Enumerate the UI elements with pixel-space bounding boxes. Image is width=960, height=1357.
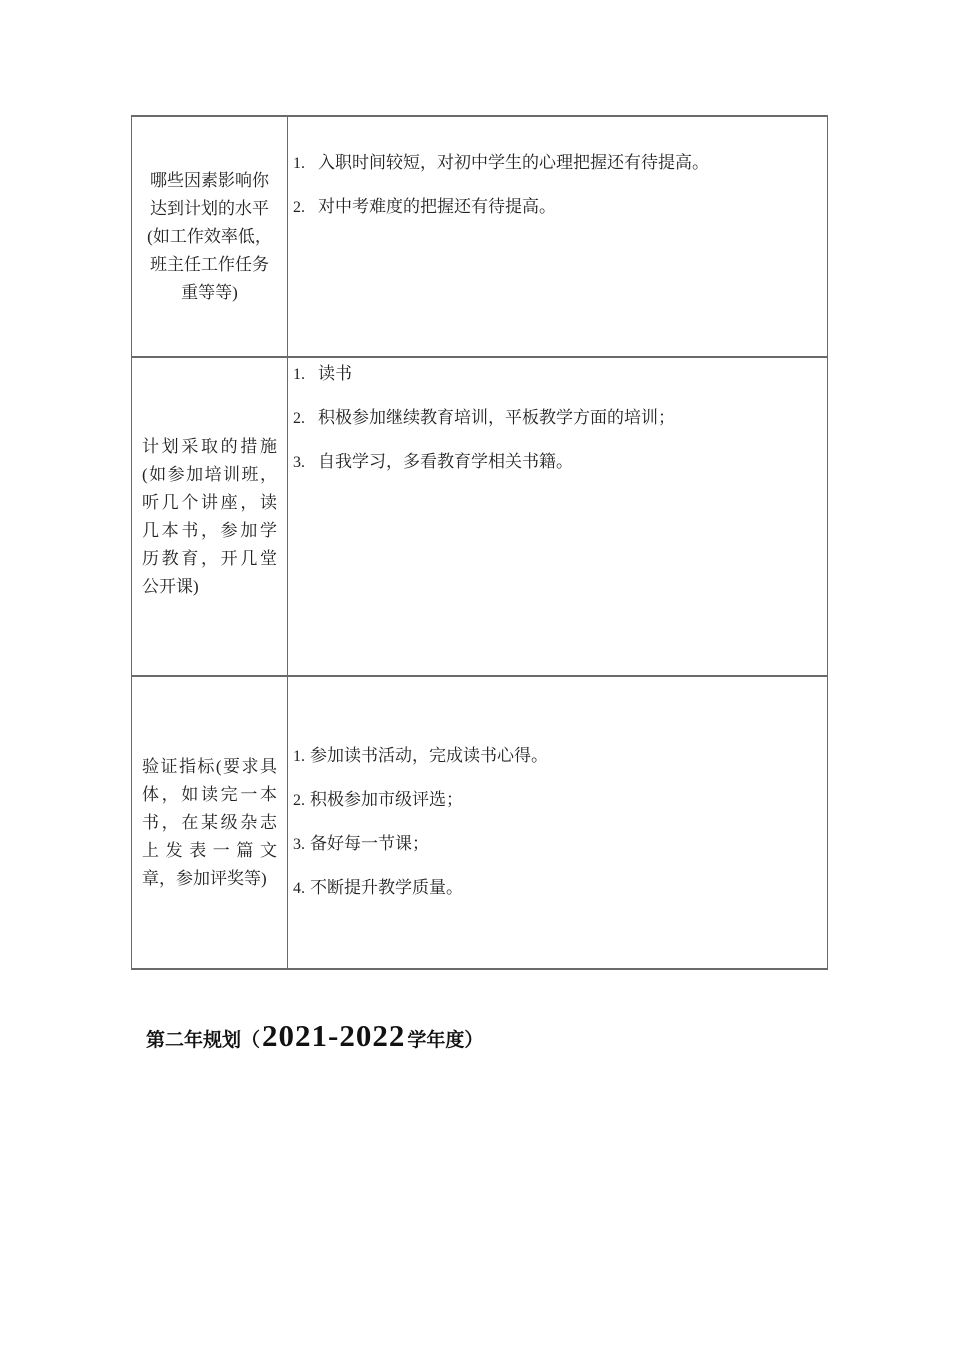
item-number: 3. [293, 835, 310, 855]
row-label: 验证指标(要求具体，如读完一本书，在某级杂志上发表一篇文章，参加评奖等) [142, 753, 277, 893]
item-number: 2. [293, 198, 318, 218]
item-number: 1. [293, 154, 318, 174]
list-item: 2.积极参加继续教育培训，平板教学方面的培训； [293, 408, 819, 429]
row-label-cell: 哪些因素影响你达到计划的水平(如工作效率低，班主任工作任务重等等) [132, 116, 288, 357]
item-text: 积极参加市级评选； [310, 790, 463, 809]
item-text: 备好每一节课； [310, 834, 429, 853]
item-number: 4. [293, 879, 310, 899]
row-label-cell: 计划采取的措施(如参加培训班，听几个讲座，读几本书，参加学历教育，开几堂公开课) [132, 357, 288, 676]
table-row-indicators: 验证指标(要求具体，如读完一本书，在某级杂志上发表一篇文章，参加评奖等) 1.参… [132, 676, 828, 969]
heading-prefix: 第二年规划（ [146, 1013, 260, 1069]
plan-table: 哪些因素影响你达到计划的水平(如工作效率低，班主任工作任务重等等) 1.入职时间… [131, 115, 828, 970]
row-label: 计划采取的措施(如参加培训班，听几个讲座，读几本书，参加学历教育，开几堂公开课) [142, 433, 277, 601]
row-label-cell: 验证指标(要求具体，如读完一本书，在某级杂志上发表一篇文章，参加评奖等) [132, 676, 288, 969]
item-text: 不断提升教学质量。 [310, 878, 463, 897]
list-item: 4.不断提升教学质量。 [293, 878, 819, 899]
row-content-cell: 1.读书 2.积极参加继续教育培训，平板教学方面的培训； 3.自我学习，多看教育… [288, 357, 828, 676]
item-text: 自我学习，多看教育学相关书籍。 [318, 452, 573, 471]
item-number: 1. [293, 747, 310, 767]
item-number: 1. [293, 365, 318, 385]
list-item: 2.积极参加市级评选； [293, 790, 819, 811]
row-label: 哪些因素影响你达到计划的水平(如工作效率低，班主任工作任务重等等) [142, 167, 277, 307]
list-item: 3.自我学习，多看教育学相关书籍。 [293, 452, 819, 473]
item-text: 读书 [318, 364, 352, 383]
heading-suffix: 学年度） [407, 1013, 483, 1069]
list-item: 1.读书 [293, 364, 819, 385]
table-row-factors: 哪些因素影响你达到计划的水平(如工作效率低，班主任工作任务重等等) 1.入职时间… [132, 116, 828, 357]
item-text: 对中考难度的把握还有待提高。 [318, 197, 556, 216]
item-text: 入职时间较短，对初中学生的心理把握还有待提高。 [318, 153, 709, 172]
item-number: 2. [293, 409, 318, 429]
year-range: 2021-2022 [260, 1008, 407, 1064]
row-content-cell: 1.参加读书活动，完成读书心得。 2.积极参加市级评选； 3.备好每一节课； 4… [288, 676, 828, 969]
item-number: 3. [293, 453, 318, 473]
list-item: 1.入职时间较短，对初中学生的心理把握还有待提高。 [293, 153, 819, 174]
item-number: 2. [293, 791, 310, 811]
list-item: 2.对中考难度的把握还有待提高。 [293, 197, 819, 218]
item-text: 参加读书活动，完成读书心得。 [310, 746, 548, 765]
section-heading: 第二年规划（2021-2022 学年度） [146, 1008, 483, 1064]
item-text: 积极参加继续教育培训，平板教学方面的培训； [318, 408, 675, 427]
table-row-measures: 计划采取的措施(如参加培训班，听几个讲座，读几本书，参加学历教育，开几堂公开课)… [132, 357, 828, 676]
list-item: 1.参加读书活动，完成读书心得。 [293, 746, 819, 767]
list-item: 3.备好每一节课； [293, 834, 819, 855]
row-content-cell: 1.入职时间较短，对初中学生的心理把握还有待提高。 2.对中考难度的把握还有待提… [288, 116, 828, 357]
